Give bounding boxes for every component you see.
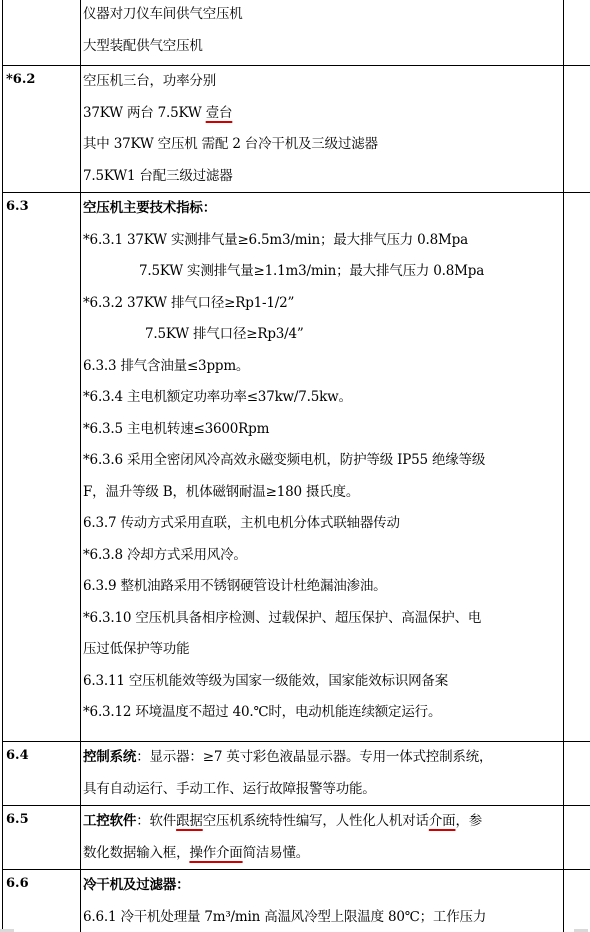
item-label: 工控软件 [83,813,136,829]
item-content: 仪器对刀仪车间供气空压机 大型装配供气空压机 [81,0,564,66]
content-line: 具有自动运行、手动工作、运行故障报警等功能。 [83,774,563,806]
content-line: 7.5KW1 台配三级过滤器 [83,161,563,193]
remarks-cell [564,66,590,193]
remarks-cell [564,806,590,870]
spellcheck-underlined-text: 壹台 [206,105,233,121]
content-line: 空压机三台，功率分别 [83,66,563,98]
content-line: *6.3.5 主电机转速≤3600Rpm [83,414,563,446]
item-number: 6.4 [3,742,81,806]
text-segment: 空压机系统特性编写，人性化人机对话 [203,813,429,829]
content-line: 压过低保护等功能 [83,634,563,666]
item-label: 控制系统 [83,749,136,765]
content-line: 6.3.3 排气含油量≤3ppm。 [83,351,563,383]
text-segment: 37KW 两台 7.5KW [83,105,206,121]
table-row: 仪器对刀仪车间供气空压机 大型装配供气空压机 [3,0,590,66]
table-row: 6.5 工控软件：软件跟据空压机系统特性编写，人性化人机对话介面，参 数化数据输… [3,806,590,870]
remarks-cell [564,870,590,932]
spec-table: 仪器对刀仪车间供气空压机 大型装配供气空压机 *6.2 空压机三台，功率分别 3… [2,0,590,932]
content-line: *6.3.4 主电机额定功率功率≤37kw/7.5kw。 [83,382,563,414]
item-content: 空压机三台，功率分别 37KW 两台 7.5KW 壹台 其中 37KW 空压机 … [81,66,564,193]
content-line: 仪器对刀仪车间供气空压机 [83,0,563,31]
section-heading: 冷干机及过滤器： [83,870,563,902]
spellcheck-underlined-text: 介面 [429,813,456,829]
content-line: 数化数据输入框，操作介面简洁易懂。 [83,838,563,870]
content-line: 工控软件：软件跟据空压机系统特性编写，人性化人机对话介面，参 [83,806,563,838]
table-row: *6.2 空压机三台，功率分别 37KW 两台 7.5KW 壹台 其中 37KW… [3,66,590,193]
item-content: 空压机主要技术指标： *6.3.1 37KW 实测排气量≥6.5m3/min；最… [81,193,564,742]
remarks-cell [564,193,590,742]
content-line: 7.5KW 排气口径≥Rp3/4” [83,319,563,351]
remarks-cell [564,0,590,66]
item-number: *6.2 [3,66,81,193]
content-line: 6.3.7 传动方式采用直联，主机电机分体式联轴器传动 [83,508,563,540]
content-line: *6.3.10 空压机具备相序检测、过载保护、超压保护、高温保护、电 [83,603,563,635]
content-line: *6.3.2 37KW 排气口径≥Rp1-1/2” [83,288,563,320]
item-content: 冷干机及过滤器： 6.6.1 冷干机处理量 7m³/min 高温风冷型上限温度 … [81,870,564,932]
content-line: *6.3.12 环境温度不超过 40.℃时，电动机能连续额定运行。 [83,697,563,729]
text-segment: 简洁易懂。 [243,845,310,861]
content-line: 大型装配供气空压机 [83,31,563,63]
spellcheck-underlined-text: 操作介面 [189,845,242,861]
content-line: 6.3.9 整机油路采用不锈钢硬管设计杜绝漏油渗油。 [83,571,563,603]
text-segment: ：显示器：≥7 英寸彩色液晶显示器。专用一体式控制系统， [136,749,492,765]
item-number: 6.3 [3,193,81,742]
content-line: *6.3.8 冷却方式采用风冷。 [83,540,563,572]
content-line: *6.3.1 37KW 实测排气量≥6.5m3/min；最大排气压力 0.8Mp… [83,225,563,257]
item-content: 控制系统：显示器：≥7 英寸彩色液晶显示器。专用一体式控制系统， 具有自动运行、… [81,742,564,806]
text-segment: ，参 [455,813,482,829]
content-line: 控制系统：显示器：≥7 英寸彩色液晶显示器。专用一体式控制系统， [83,742,563,774]
document-page: 仪器对刀仪车间供气空压机 大型装配供气空压机 *6.2 空压机三台，功率分别 3… [0,0,590,932]
text-segment: ：软件 [136,813,176,829]
content-line: F，温升等级 B，机体磁钢耐温≥180 摄氏度。 [83,477,563,509]
table-row: 6.6 冷干机及过滤器： 6.6.1 冷干机处理量 7m³/min 高温风冷型上… [3,870,590,932]
content-line: 7.5KW 实测排气量≥1.1m3/min；最大排气压力 0.8Mpa [83,256,563,288]
table-row: 6.3 空压机主要技术指标： *6.3.1 37KW 实测排气量≥6.5m3/m… [3,193,590,742]
item-content: 工控软件：软件跟据空压机系统特性编写，人性化人机对话介面，参 数化数据输入框，操… [81,806,564,870]
text-segment: 数化数据输入框， [83,845,189,861]
content-line: 其中 37KW 空压机 需配 2 台冷干机及三级过滤器 [83,129,563,161]
section-heading: 空压机主要技术指标： [83,193,563,225]
item-number: 6.5 [3,806,81,870]
item-number [3,0,81,66]
content-line: 6.6.1 冷干机处理量 7m³/min 高温风冷型上限温度 80℃；工作压力 [83,902,563,932]
content-line: *6.3.6 采用全密闭风冷高效永磁变频电机，防护等级 IP55 绝缘等级 [83,445,563,477]
content-line: 37KW 两台 7.5KW 壹台 [83,98,563,130]
content-line: 6.3.11 空压机能效等级为国家一级能效，国家能效标识网备案 [83,666,563,698]
spellcheck-underlined-text: 跟据 [176,813,203,829]
table-row: 6.4 控制系统：显示器：≥7 英寸彩色液晶显示器。专用一体式控制系统， 具有自… [3,742,590,806]
remarks-cell [564,742,590,806]
item-number: 6.6 [3,870,81,932]
